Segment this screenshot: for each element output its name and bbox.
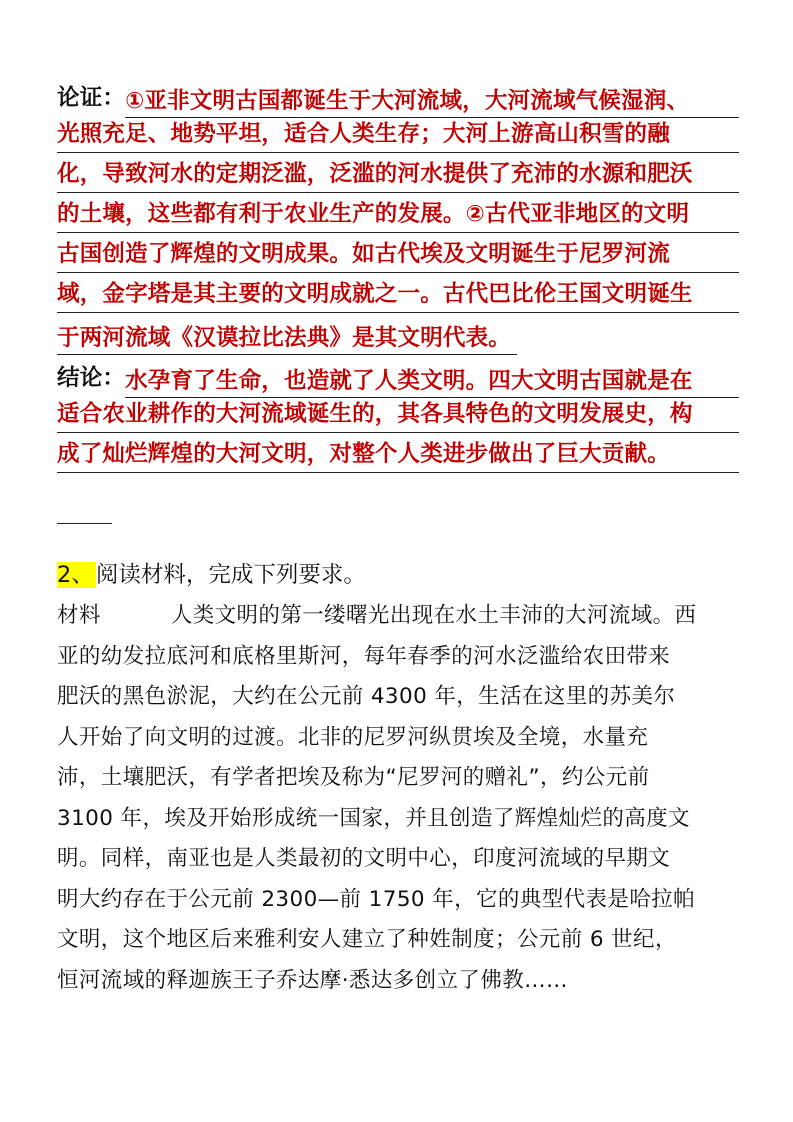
material-line: 沛，土壤肥沃，有学者把埃及称为“尼罗河的赠礼”，约公元前 — [57, 758, 739, 799]
conclusion-line-3: 成了灿烂辉煌的大河文明，对整个人类进步做出了巨大贡献。 — [57, 438, 739, 478]
conclusion-line-1: 结论： 水孕育了生命，也造就了人类文明。四大文明古国就是在 — [57, 358, 739, 398]
argument-text: 古国创造了辉煌的文明成果。如古代埃及文明诞生于尼罗河流 — [57, 238, 739, 273]
argument-line-2: 光照充足、地势平坦，适合人类生存；大河上游高山积雪的融 — [57, 118, 739, 158]
material-line: 肥沃的黑色淤泥，大约在公元前 4300 年，生活在这里的苏美尔 — [57, 677, 739, 718]
answer-blank-rule — [57, 523, 112, 524]
material-passage: 材料人类文明的第一缕曙光出现在水土丰沛的大河流域。西 亚的幼发拉底河和底格里斯河… — [57, 596, 739, 1001]
argument-text: 光照充足、地势平坦，适合人类生存；大河上游高山积雪的融 — [57, 118, 739, 153]
argument-label: 论证： — [57, 78, 125, 118]
material-text: 人类文明的第一缕曙光出现在水土丰沛的大河流域。西 — [171, 603, 697, 628]
material-line: 亚的幼发拉底河和底格里斯河，每年春季的河水泛滥给农田带来 — [57, 637, 739, 678]
material-label: 材料 — [57, 603, 101, 628]
material-line: 文明，这个地区后来雅利安人建立了种姓制度；公元前 6 世纪， — [57, 920, 739, 961]
question-heading: 2、阅读材料，完成下列要求。 — [57, 555, 366, 595]
question-prompt: 阅读材料，完成下列要求。 — [96, 562, 366, 588]
argument-text: ①亚非文明古国都诞生于大河流域，大河流域气候湿润、 — [125, 85, 739, 118]
material-line: 恒河流域的释迦族王子乔达摩·悉达多创立了佛教…… — [57, 961, 739, 1002]
argument-text: 化，导致河水的定期泛滥，泛滥的河水提供了充沛的水源和肥沃 — [57, 158, 739, 193]
conclusion-text: 成了灿烂辉煌的大河文明，对整个人类进步做出了巨大贡献。 — [57, 438, 739, 473]
argument-text: 域，金字塔是其主要的文明成就之一。古代巴比伦王国文明诞生 — [57, 278, 739, 313]
answer-section: 论证： ①亚非文明古国都诞生于大河流域，大河流域气候湿润、 光照充足、地势平坦，… — [57, 78, 739, 478]
argument-line-6: 域，金字塔是其主要的文明成就之一。古代巴比伦王国文明诞生 — [57, 278, 739, 318]
conclusion-text: 适合农业耕作的大河流域诞生的，其各具特色的文明发展史，构 — [57, 398, 739, 433]
argument-line-3: 化，导致河水的定期泛滥，泛滥的河水提供了充沛的水源和肥沃 — [57, 158, 739, 198]
material-line: 明。同样，南亚也是人类最初的文明中心，印度河流域的早期文 — [57, 839, 739, 880]
argument-text: 于两河流域《汉谟拉比法典》是其文明代表。 — [57, 322, 517, 355]
material-line: 明大约存在于公元前 2300—前 1750 年，它的典型代表是哈拉帕 — [57, 880, 739, 921]
question-number: 2、 — [57, 562, 96, 588]
material-line: 3100 年，埃及开始形成统一国家，并且创造了辉煌灿烂的高度文 — [57, 799, 739, 840]
conclusion-line-2: 适合农业耕作的大河流域诞生的，其各具特色的文明发展史，构 — [57, 398, 739, 438]
argument-line-1: 论证： ①亚非文明古国都诞生于大河流域，大河流域气候湿润、 — [57, 78, 739, 118]
argument-text: 的土壤，这些都有利于农业生产的发展。②古代亚非地区的文明 — [57, 198, 739, 233]
material-line: 人开始了向文明的过渡。北非的尼罗河纵贯埃及全境，水量充 — [57, 718, 739, 759]
argument-line-5: 古国创造了辉煌的文明成果。如古代埃及文明诞生于尼罗河流 — [57, 238, 739, 278]
conclusion-text: 水孕育了生命，也造就了人类文明。四大文明古国就是在 — [125, 365, 739, 398]
argument-line-4: 的土壤，这些都有利于农业生产的发展。②古代亚非地区的文明 — [57, 198, 739, 238]
argument-line-7: 于两河流域《汉谟拉比法典》是其文明代表。 — [57, 318, 739, 358]
material-line: 材料人类文明的第一缕曙光出现在水土丰沛的大河流域。西 — [57, 596, 739, 637]
conclusion-label: 结论： — [57, 358, 125, 398]
